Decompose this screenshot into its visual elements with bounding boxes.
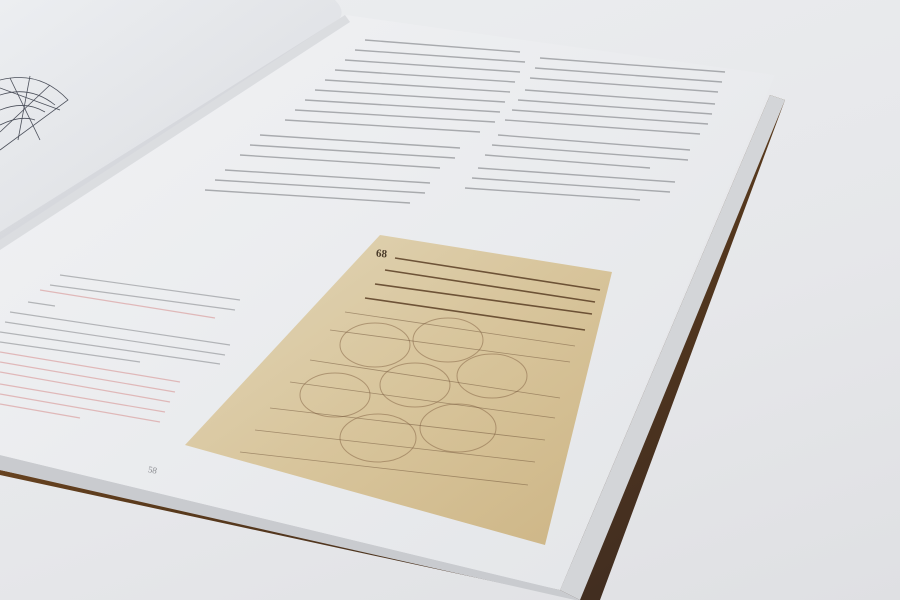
table-surface bbox=[0, 0, 900, 600]
manuscript-number: 68 bbox=[375, 248, 387, 261]
